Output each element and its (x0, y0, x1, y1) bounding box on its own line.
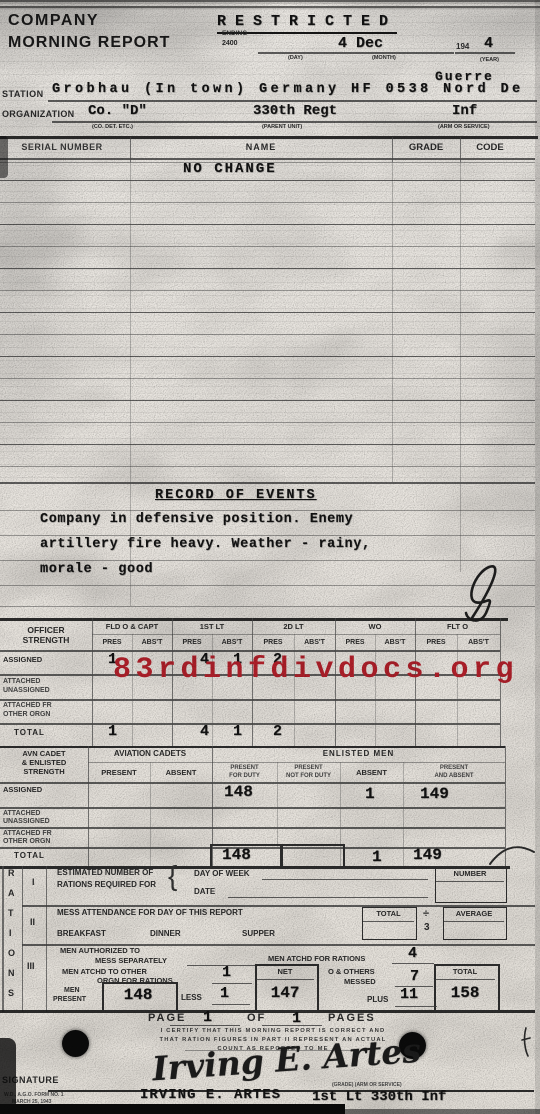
rations-net-label: NET (255, 968, 315, 976)
rations-others-value: 7 (410, 969, 419, 984)
pages-value: 1 (292, 1011, 301, 1026)
enlisted-table-line (0, 807, 505, 809)
enlisted-header2: & ENLISTED (0, 759, 88, 767)
enlisted-group-cadets: AVIATION CADETS (88, 750, 212, 758)
ruled-line (0, 482, 535, 484)
roster-col-serial: SERIAL NUMBER (0, 143, 124, 152)
officer-table-line (0, 699, 500, 701)
officer-table-subdivider (457, 634, 458, 746)
page-label: PAGE (148, 1013, 186, 1024)
officer-total-fld-pres: 1 (108, 724, 117, 739)
station-label: STATION (2, 90, 44, 99)
rations-brace: { (168, 862, 177, 890)
ruled-line (0, 224, 535, 225)
officer-table-subdivider (375, 634, 376, 746)
org-unit-value: Co. "D" (88, 104, 147, 118)
rations-divide-sign: ÷ (423, 909, 429, 920)
rations-dinner-label: DINNER (150, 930, 181, 938)
enlisted-row-attached-label2: UNASSIGNED (3, 818, 50, 825)
roster-divider-faint (392, 162, 393, 482)
officer-row-attached-label2: UNASSIGNED (3, 687, 50, 694)
enlisted-total-pfd: 148 (222, 847, 251, 863)
enlisted-col-pa1: PRESENT (403, 765, 505, 771)
rations-numeral-iii: III (27, 962, 35, 971)
scan-edge-blob (0, 136, 8, 178)
rations-iii-total-label: TOTAL (434, 968, 496, 976)
officer-table-divider (92, 618, 93, 746)
ruled-line (0, 180, 535, 181)
enlisted-assigned-pfd: 148 (224, 784, 253, 800)
officer-row-assigned-label: ASSIGNED (3, 656, 42, 664)
scan-edge-strip (535, 0, 540, 1114)
rations-average-divider (444, 921, 504, 922)
station-value: Grobhau (In town) Germany HF 0538 Nord D… (52, 83, 524, 97)
enlisted-group-enlisted: ENLISTED MEN (212, 750, 505, 758)
enlisted-header1: AVN CADET (0, 750, 88, 758)
roster-col-grade: GRADE (392, 143, 460, 153)
enlisted-col-abs: ABSENT (340, 769, 403, 777)
enlisted-row-attached-label1: ATTACHED (3, 810, 40, 817)
enlisted-total-pa: 149 (413, 847, 442, 863)
ruled-line (0, 378, 535, 379)
officer-total-1lt-abst: 1 (233, 724, 242, 739)
ruled-line (0, 246, 535, 247)
rations-atchd-other-value: 1 (222, 965, 231, 980)
enlisted-row-total-label: TOTAL (14, 852, 45, 860)
enlisted-row-attachedfr-label1: ATTACHED FR (3, 830, 52, 837)
officer-sub-pres: PRES (415, 639, 457, 646)
officer-row-attachedfr-label2: OTHER ORGN (3, 711, 50, 718)
officer-table-line (0, 650, 500, 652)
year-sublabel: (YEAR) (480, 58, 499, 64)
rations-plus-value: 11 (400, 987, 418, 1002)
officer-strength-header1: OFFICER (0, 626, 92, 635)
rations-auth-label1: MEN AUTHORIZED TO (60, 947, 140, 955)
scan-bottom-bar-right (345, 1109, 540, 1114)
roster-divider (460, 137, 461, 162)
ruled-line (0, 290, 535, 291)
rations-atchd-rations-label: MEN ATCHD FOR RATIONS (268, 955, 365, 963)
rations-divide-three: 3 (424, 923, 430, 933)
enlisted-col-absent: ABSENT (150, 769, 212, 777)
enlisted-table-divider (88, 746, 89, 866)
officer-sub-abst: ABS'T (375, 639, 415, 646)
handwritten-flourish (442, 556, 514, 626)
roster-top-border (0, 136, 538, 139)
rations-rail-s: S (8, 989, 14, 998)
rations-ii-label: MESS ATTENDANCE FOR DAY OF THIS REPORT (57, 909, 243, 917)
events-title: RECORD OF EVENTS (155, 489, 317, 503)
ending-time: 2400 (222, 40, 238, 47)
ruled-line (0, 400, 535, 401)
morning-report-scan: COMPANY MORNING REPORT RESTRICTED ENDING… (0, 0, 540, 1114)
enlisted-assigned-abs: 1 (365, 786, 375, 802)
rations-rail-t: T (8, 909, 14, 918)
officer-sub-abst: ABS'T (294, 639, 335, 646)
enlisted-table-top (0, 746, 505, 748)
rations-rail-o: O (8, 949, 15, 958)
ruled-line (0, 466, 535, 467)
officer-table-line (92, 634, 500, 635)
roster-divider (392, 137, 393, 162)
handwritten-tick (516, 1026, 536, 1058)
org-arm-value: Inf (452, 104, 477, 118)
rations-atchd-rations-rule (392, 963, 434, 964)
rations-ii-total-label: TOTAL (362, 910, 415, 918)
rations-plus-rule (395, 1006, 437, 1007)
organization-rule (52, 121, 537, 123)
officer-strength-header2: STRENGTH (0, 636, 92, 645)
rations-day-rule (262, 879, 428, 880)
officer-row-total-label: TOTAL (14, 729, 45, 737)
ruled-line (0, 334, 535, 335)
rations-i-label1: ESTIMATED NUMBER OF (57, 869, 153, 877)
officer-group-wo: WO (335, 623, 415, 631)
enlisted-col-pfd2: FOR DUTY (212, 773, 277, 779)
rations-breakfast-label: BREAKFAST (57, 930, 106, 938)
officer-table-subdivider (294, 634, 295, 746)
officer-table-line (0, 723, 500, 725)
events-line3: morale - good (40, 563, 153, 577)
date-rule (258, 52, 454, 54)
enlisted-assigned-pa: 149 (420, 786, 449, 802)
page-value: 1 (203, 1010, 212, 1025)
officer-row-attachedfr-label1: ATTACHED FR (3, 702, 52, 709)
rations-i-label2: RATIONS REQUIRED FOR (57, 881, 156, 889)
rations-less-value: 1 (220, 986, 229, 1001)
enlisted-total-pnfd-box (281, 844, 345, 869)
handwritten-flourish-small (486, 840, 538, 868)
typed-grade: 1st Lt 330th Inf (312, 1090, 446, 1104)
report-year: 4 (484, 36, 493, 51)
rations-present-label: PRESENT (53, 996, 86, 1003)
rations-atchd-other-rule (212, 983, 252, 984)
officer-table-top (0, 618, 508, 621)
enlisted-col-present: PRESENT (88, 769, 150, 777)
enlisted-row-attachedfr-label2: OTHER ORGN (3, 838, 50, 845)
station-rule (48, 100, 537, 102)
officer-group-2lt: 2D LT (252, 623, 335, 631)
ruled-line (0, 356, 535, 357)
rations-less-rule (212, 1004, 250, 1005)
org-parent-value: 330th Regt (253, 104, 337, 118)
officer-group-1lt: 1ST LT (172, 623, 252, 631)
of-label: OF (247, 1013, 266, 1024)
org-arm-sublabel: (ARM OR SERVICE) (438, 125, 490, 131)
roster-entry: NO CHANGE (183, 162, 277, 176)
rations-men-label: MEN (64, 987, 80, 994)
rations-atchd-other-label1: MEN ATCHD TO OTHER (62, 968, 147, 976)
enlisted-table-subdivider (150, 762, 151, 866)
rations-ii-total-divider (363, 921, 414, 922)
rations-date-label: DATE (194, 888, 215, 896)
rations-less-label: LESS (181, 994, 202, 1002)
enlisted-header3: STRENGTH (0, 768, 88, 776)
officer-sub-pres: PRES (252, 639, 294, 646)
rations-numeral-divider (46, 866, 47, 1012)
officer-group-flto: FLT O (415, 623, 500, 631)
enlisted-col-pnfd2: NOT FOR DUTY (277, 773, 340, 779)
rations-numeral-ii: II (30, 918, 35, 927)
enlisted-col-pfd1: PRESENT (212, 765, 277, 771)
rations-net-value: 147 (255, 985, 315, 1001)
typed-name: IRVING E. ARTES (140, 1088, 281, 1102)
rations-average-label: AVERAGE (443, 910, 505, 918)
org-unit-sublabel: (CO. DET. ETC.) (92, 125, 133, 131)
rations-plus-label: PLUS (367, 996, 388, 1004)
rations-auth-label2: MESS SEPARATELY (95, 957, 167, 965)
rations-rail-n: N (8, 969, 15, 978)
officer-table-subdivider (132, 634, 133, 746)
year-rule (455, 52, 515, 54)
officer-sub-abst: ABS'T (212, 639, 252, 646)
roster-divider (130, 137, 131, 162)
ruled-line (0, 510, 535, 511)
officer-sub-pres: PRES (335, 639, 375, 646)
scan-band-artifact (0, 0, 540, 9)
rations-rail-a: A (8, 889, 15, 898)
rations-number-box-divider (436, 881, 504, 882)
rations-number-label: NUMBER (435, 870, 505, 878)
rations-atchd-rations-value: 4 (408, 946, 417, 961)
roster-col-code: CODE (460, 143, 520, 153)
org-parent-sublabel: (PARENT UNIT) (262, 125, 302, 131)
rations-others-label1: O & OTHERS (328, 968, 375, 976)
ruled-line (0, 422, 535, 423)
form-title-line1: COMPANY (8, 13, 99, 29)
month-sublabel: (MONTH) (372, 56, 396, 62)
ruled-line (0, 202, 535, 203)
events-line2: artillery fire heavy. Weather - rainy, (40, 538, 371, 552)
enlisted-table-line (0, 827, 505, 829)
roster-header-rule (0, 158, 535, 160)
rations-rail-i: I (9, 929, 12, 938)
officer-row-attached-label1: ATTACHED (3, 678, 40, 685)
scan-edge-blob (0, 1038, 16, 1108)
organization-label: ORGANIZATION (2, 110, 74, 119)
rations-rail-divider (22, 866, 23, 1012)
grade-sublabel: (GRADE) (ARM OR SERVICE) (332, 1083, 402, 1088)
officer-sub-abst: ABS'T (132, 639, 172, 646)
ruled-line (0, 268, 535, 269)
officer-group-fld: FLD O & CAPT (92, 623, 172, 631)
enlisted-col-pa2: AND ABSENT (403, 773, 505, 779)
ending-label: ENDING (222, 31, 247, 38)
form-title-line2: MORNING REPORT (8, 35, 170, 51)
officer-sub-pres: PRES (172, 639, 212, 646)
rations-iii-total-divider (435, 979, 495, 980)
officer-sub-pres: PRES (92, 639, 132, 646)
rations-men-present-value: 148 (102, 987, 174, 1003)
rations-rail-r: R (8, 869, 15, 878)
officer-total-1lt-pres: 4 (200, 724, 209, 739)
watermark-text: 83rdinfdivdocs.org (113, 653, 518, 687)
pages-label: PAGES (328, 1013, 376, 1024)
rations-day-of-week-label: DAY OF WEEK (194, 870, 250, 878)
officer-sub-abst: ABS'T (457, 639, 500, 646)
punch-hole-left (62, 1030, 89, 1057)
ruled-line (0, 444, 535, 445)
ruled-line (0, 312, 535, 313)
rations-iii-total-value: 158 (434, 985, 496, 1001)
enlisted-row-assigned-label: ASSIGNED (3, 786, 42, 794)
report-date: 4 Dec (338, 36, 383, 51)
signature-rule (48, 1090, 534, 1092)
rations-date-rule (228, 897, 428, 898)
rations-numeral-i: I (32, 878, 35, 887)
rations-left-border (2, 866, 4, 1012)
rations-net-divider (256, 979, 314, 980)
roster-divider-faint (130, 162, 131, 482)
rations-supper-label: SUPPER (242, 930, 275, 938)
ruled-line (0, 535, 535, 536)
enlisted-total-abs: 1 (372, 849, 382, 865)
rations-others-label2: MESSED (344, 978, 376, 986)
roster-divider-faint (460, 162, 461, 482)
page-rule (170, 1025, 240, 1026)
enlisted-col-pnfd1: PRESENT (277, 765, 340, 771)
roster-col-name: NAME (130, 143, 392, 152)
year-prefix: 194 (456, 43, 469, 51)
events-line1: Company in defensive position. Enemy (40, 513, 353, 527)
officer-total-2lt-pres: 2 (273, 724, 282, 739)
officer-table-subdivider (212, 634, 213, 746)
scan-bottom-bar (0, 1104, 345, 1114)
day-sublabel: (DAY) (288, 56, 303, 62)
pages-rule (262, 1025, 322, 1026)
